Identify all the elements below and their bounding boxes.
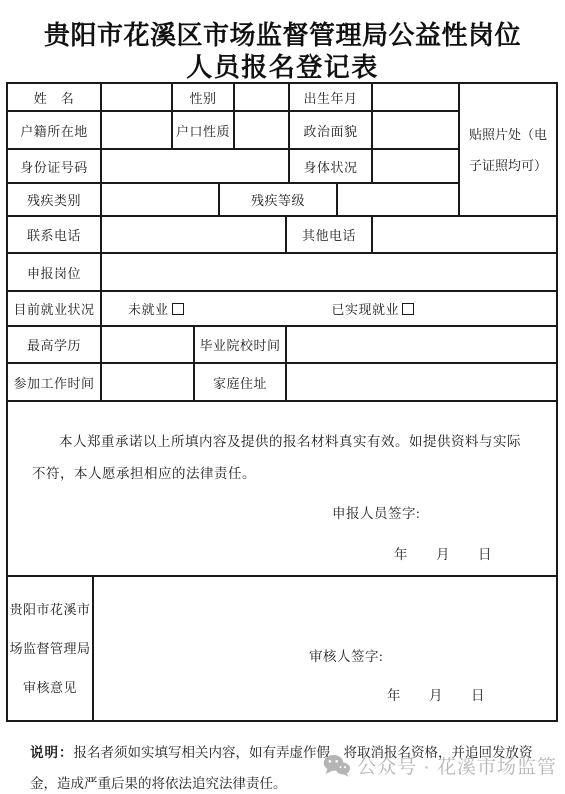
health-status-input-cell[interactable] bbox=[373, 150, 460, 184]
name-label: 姓 名 bbox=[8, 84, 102, 112]
footer-note-label: 说明： bbox=[30, 745, 74, 760]
wechat-icon bbox=[323, 754, 350, 777]
option-unemployed-label: 未就业 bbox=[128, 299, 169, 318]
review-org-line1: 贵阳市花溪市 bbox=[9, 590, 90, 629]
registration-form-page: 贵阳市花溪区市场监督管理局公益性岗位 人员报名登记表 姓 名 性别 出生年月 户… bbox=[0, 0, 565, 794]
watermark: 公众号 · 花溪市场监管 bbox=[323, 752, 557, 779]
review-opinion-cell[interactable]: 审核人签字: 年 月 日 bbox=[94, 577, 556, 720]
reviewer-signature-label[interactable]: 审核人签字: bbox=[94, 645, 556, 665]
table-row: 最高学历 毕业院校时间 bbox=[8, 327, 556, 364]
political-status-label: 政治面貌 bbox=[290, 112, 373, 150]
contact-phone-input-cell[interactable] bbox=[102, 217, 287, 252]
political-status-input-cell[interactable] bbox=[373, 112, 460, 150]
disability-type-label: 残疾类别 bbox=[8, 184, 102, 215]
watermark-text: 公众号 · 花溪市场监管 bbox=[357, 752, 557, 779]
disability-level-input-cell[interactable] bbox=[338, 184, 460, 215]
other-phone-input-cell[interactable] bbox=[373, 217, 556, 252]
registration-table: 姓 名 性别 出生年月 户籍所在地 户口性质 政治面貌 身份证号码 身体状况 bbox=[6, 82, 558, 722]
option-employed: 已实现就业 bbox=[332, 299, 415, 318]
home-address-input-cell[interactable] bbox=[287, 364, 556, 400]
id-number-label: 身份证号码 bbox=[8, 150, 102, 184]
disability-level-label: 残疾等级 bbox=[220, 184, 338, 215]
table-row: 参加工作时间 家庭住址 bbox=[8, 364, 556, 402]
employment-status-label: 目前就业状况 bbox=[8, 292, 102, 325]
table-row: 申报岗位 bbox=[8, 254, 556, 292]
page-title-line2: 人员报名登记表 bbox=[0, 47, 565, 84]
reviewer-date-label[interactable]: 年 月 日 bbox=[94, 684, 556, 704]
declaration-cell: 本人郑重承诺以上所填内容及提供的报名材料真实有效。如提供资料与实际不符，本人愿承… bbox=[8, 402, 556, 575]
id-number-input-cell[interactable] bbox=[102, 150, 290, 184]
table-row: 目前就业状况 未就业 已实现就业 bbox=[8, 292, 556, 327]
highest-education-label: 最高学历 bbox=[8, 327, 102, 362]
graduation-school-time-input-cell[interactable] bbox=[287, 327, 556, 362]
health-status-label: 身体状况 bbox=[290, 150, 373, 184]
declaration-text: 本人郑重承诺以上所填内容及提供的报名材料真实有效。如提供资料与实际不符，本人愿承… bbox=[32, 426, 532, 490]
review-org-line2: 场监督管理局 bbox=[9, 629, 90, 668]
disability-type-input-cell[interactable] bbox=[102, 184, 220, 215]
option-employed-label: 已实现就业 bbox=[332, 299, 400, 318]
residence-label: 户籍所在地 bbox=[8, 112, 102, 150]
table-row: 贵阳市花溪市 场监督管理局 审核意见 审核人签字: 年 月 日 bbox=[8, 577, 556, 720]
other-phone-label: 其他电话 bbox=[287, 217, 373, 252]
review-org-label: 贵阳市花溪市 场监督管理局 审核意见 bbox=[8, 577, 94, 720]
home-address-label: 家庭住址 bbox=[195, 364, 287, 400]
employment-options-cell: 未就业 已实现就业 bbox=[102, 292, 556, 325]
gender-input-cell[interactable] bbox=[235, 84, 290, 112]
option-unemployed: 未就业 bbox=[128, 299, 184, 318]
name-input-cell[interactable] bbox=[102, 84, 173, 112]
work-start-time-label: 参加工作时间 bbox=[8, 364, 102, 400]
gender-label: 性别 bbox=[173, 84, 235, 112]
hukou-type-label: 户口性质 bbox=[173, 112, 235, 150]
photo-paste-area[interactable]: 贴照片处（电子证照均可） bbox=[460, 84, 556, 215]
birth-date-input-cell[interactable] bbox=[373, 84, 460, 112]
work-start-time-input-cell[interactable] bbox=[102, 364, 195, 400]
table-row: 联系电话 其他电话 bbox=[8, 217, 556, 254]
highest-education-input-cell[interactable] bbox=[102, 327, 195, 362]
birth-date-label: 出生年月 bbox=[290, 84, 373, 112]
review-org-line3: 审核意见 bbox=[23, 668, 77, 707]
applicant-signature-label[interactable]: 申报人员签字: bbox=[32, 502, 532, 522]
applicant-date-label[interactable]: 年 月 日 bbox=[32, 543, 532, 563]
applied-position-input-cell[interactable] bbox=[102, 254, 556, 290]
hukou-type-input-cell[interactable] bbox=[235, 112, 290, 150]
unemployed-checkbox[interactable] bbox=[172, 303, 184, 315]
table-row: 本人郑重承诺以上所填内容及提供的报名材料真实有效。如提供资料与实际不符，本人愿承… bbox=[8, 402, 556, 577]
graduation-school-time-label: 毕业院校时间 bbox=[195, 327, 287, 362]
employed-checkbox[interactable] bbox=[402, 303, 414, 315]
contact-phone-label: 联系电话 bbox=[8, 217, 102, 252]
applied-position-label: 申报岗位 bbox=[8, 254, 102, 290]
residence-input-cell[interactable] bbox=[102, 112, 173, 150]
